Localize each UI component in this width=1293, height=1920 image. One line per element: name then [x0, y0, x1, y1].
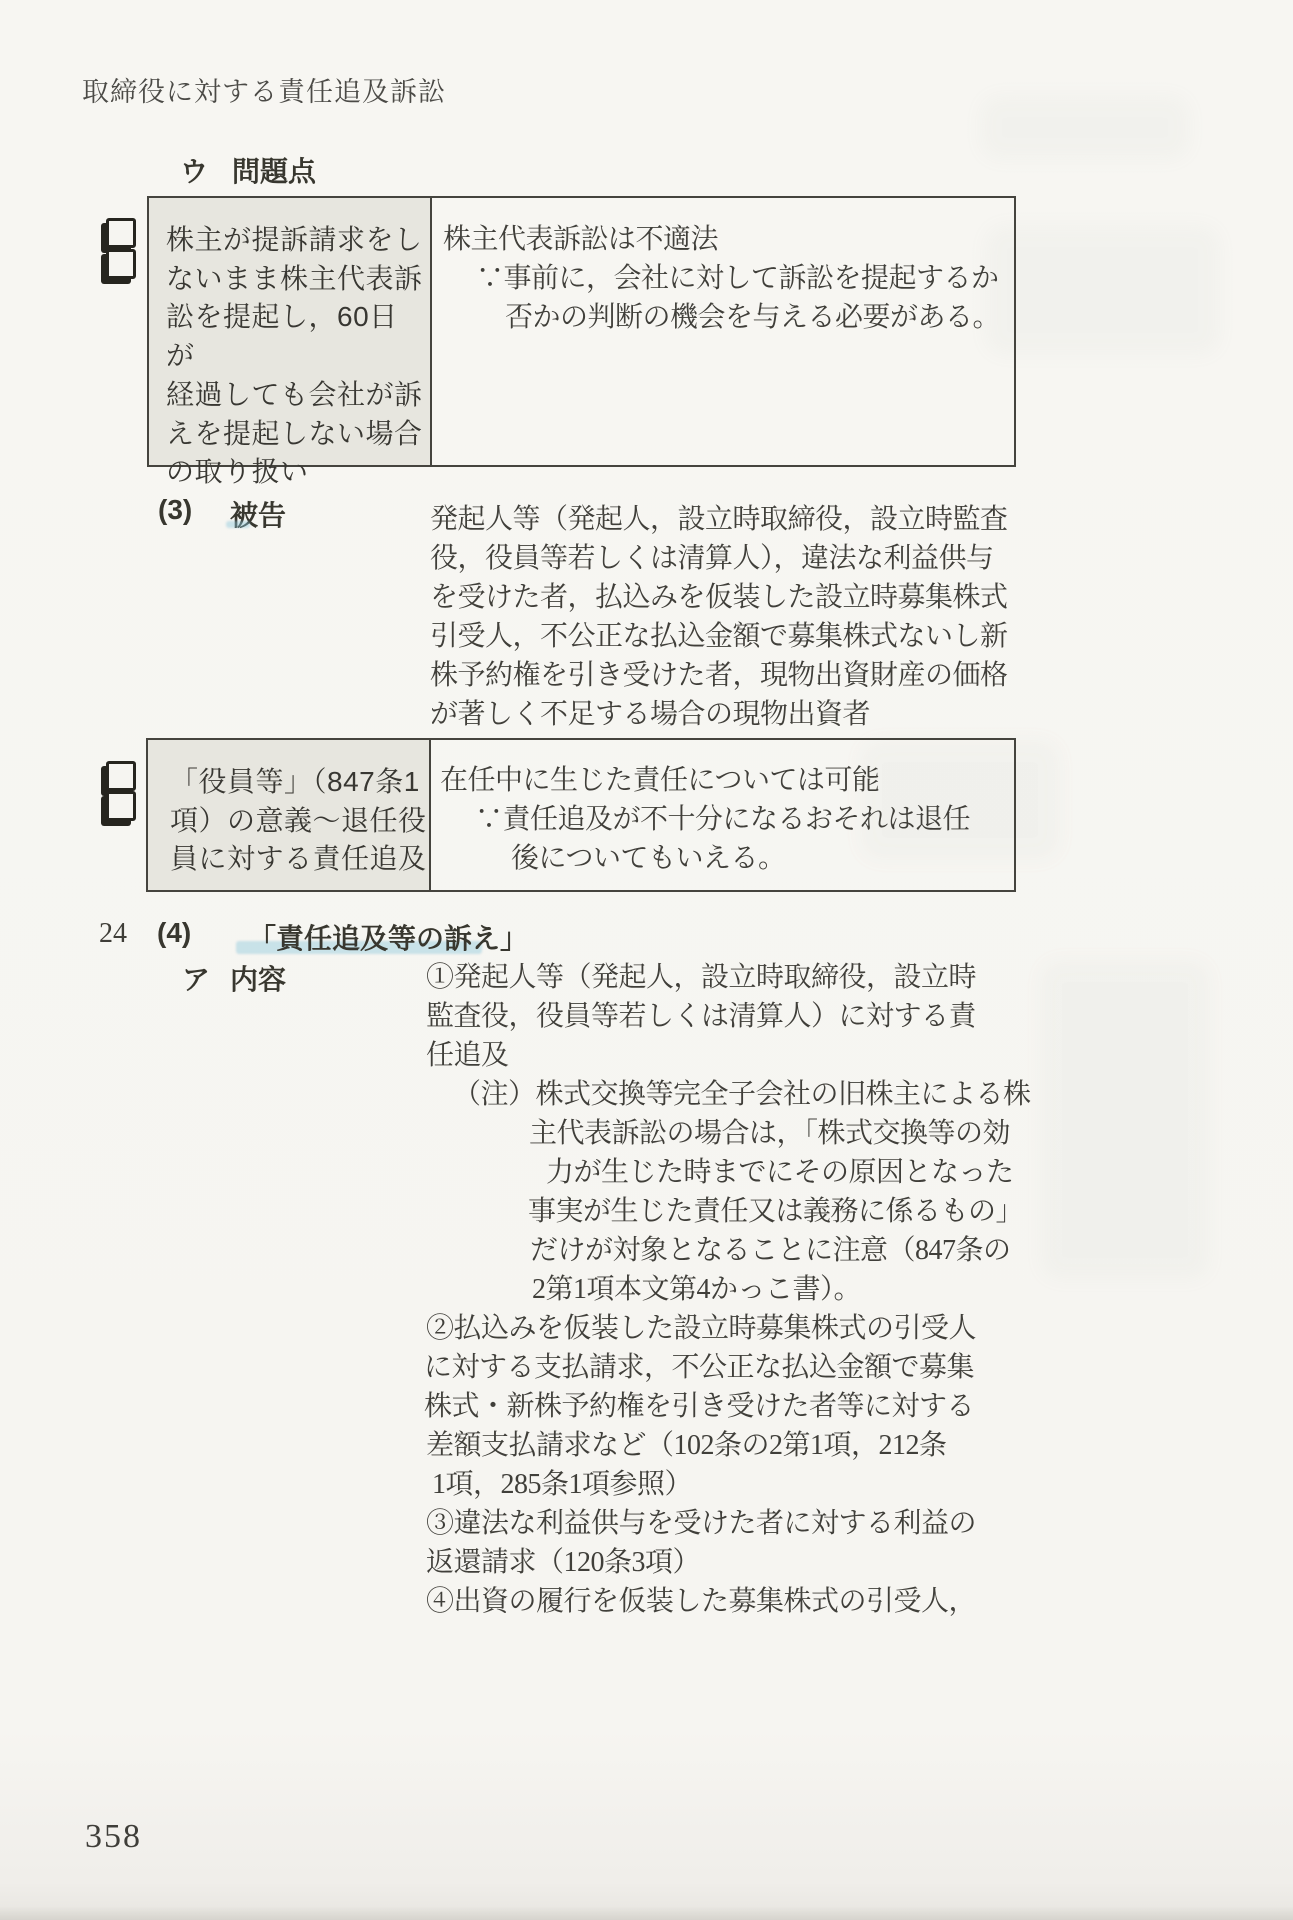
bleed-through-smudge — [980, 95, 1190, 160]
scanned-book-page: 取締役に対する責任追及訴訟 ウ 問題点 株主が提訴請求をし ないまま株主代表訴 … — [0, 0, 1293, 1920]
section3-body-line: 役，役員等若しくは清算人），違法な利益供与 — [430, 539, 994, 578]
checkbox-icon — [106, 761, 136, 791]
body-line: 2第1項本文第4かっこ書）。 — [532, 1270, 861, 1309]
section3-marker: (3) — [158, 494, 192, 526]
body-line: 事実が生じた責任又は義務に係るもの」 — [528, 1192, 1023, 1231]
body-line: だけが対象となることに注意（847条の — [530, 1231, 1011, 1270]
section3-body-line: 引受人，不公正な払込金額で募集株式ないし新 — [430, 617, 1008, 656]
scan-bottom-edge — [0, 1906, 1293, 1920]
table1-answer-line: 株主代表訴訟は不適法 — [443, 220, 718, 259]
table1-answer-line: ∵事前に，会社に対して訴訟を提起するか — [476, 259, 999, 298]
body-line: に対する支払請求，不公正な払込金額で募集 — [424, 1348, 974, 1387]
section3-body-line: が著しく不足する場合の現物出資者 — [430, 695, 870, 734]
body-line: ①発起人等（発起人，設立時取締役，設立時 — [426, 958, 976, 997]
body-line: 主代表訴訟の場合は，「株式交換等の効 — [529, 1114, 1010, 1153]
section3-label: 被告 — [230, 494, 286, 534]
table2-answer-line: 在任中に生じた責任については可能 — [440, 761, 879, 800]
highlighter-mark — [226, 521, 250, 528]
body-line: ③違法な利益供与を受けた者に対する利益の — [426, 1504, 976, 1543]
running-head: 取締役に対する責任追及訴訟 — [82, 70, 446, 109]
table2-topic-text: 「役員等」（847条1 項）の意義～退任役 員に対する責任追及 — [170, 763, 430, 879]
table1-answer-line: 否かの判断の機会を与える必要がある。 — [505, 298, 1000, 337]
table2-topic-cell: 「役員等」（847条1 項）の意義～退任役 員に対する責任追及 — [148, 740, 431, 890]
body-line: 任追及 — [426, 1036, 509, 1075]
body-line: 監査役，役員等若しくは清算人）に対する責 — [426, 997, 976, 1036]
table1-topic-cell: 株主が提訴請求をし ないまま株主代表訴 訟を提起し，60日が 経過しても会社が訴… — [149, 198, 432, 465]
issue-table-1: 株主が提訴請求をし ないまま株主代表訴 訟を提起し，60日が 経過しても会社が訴… — [147, 196, 1016, 467]
body-line: （注）株式交換等完全子会社の旧株主による株 — [453, 1075, 1031, 1114]
bleed-through-smudge — [1040, 960, 1210, 1280]
checkbox-icon — [106, 791, 136, 821]
checkbox-icon — [106, 249, 136, 279]
body-line: 力が生じた時までにその原因となった — [546, 1153, 1014, 1192]
section3-body-line: 発起人等（発起人，設立時取締役，設立時監査 — [430, 500, 1008, 539]
body-line: 株式・新株予約権を引き受けた者等に対する — [424, 1387, 974, 1426]
body-line: ②払込みを仮装した設立時募集株式の引受人 — [426, 1309, 976, 1348]
table2-answer-line: ∵責任追及が不十分になるおそれは退任 — [475, 800, 970, 839]
body-line: 返還請求（120条3項） — [426, 1543, 700, 1582]
body-line: ④出資の履行を仮装した募集株式の引受人， — [426, 1582, 976, 1621]
bleed-through-smudge — [985, 225, 1220, 355]
section3-body-line: を受けた者，払込みを仮装した設立時募集株式 — [430, 578, 1008, 617]
issue-table-2: 「役員等」（847条1 項）の意義～退任役 員に対する責任追及 在任中に生じた責… — [146, 738, 1016, 892]
section3-body-line: 株予約権を引き受けた者，現物出資財産の価格 — [430, 656, 1008, 695]
section4-label: 「責任追及等の訴え」 — [248, 917, 528, 957]
heading-u-marker: ウ — [180, 150, 208, 190]
checkbox-icon — [106, 218, 136, 248]
heading-u-label: 問題点 — [232, 150, 316, 190]
margin-item-number: 24 — [99, 918, 127, 950]
body-line: 差額支払請求など（102条の2第1項，212条 — [426, 1426, 947, 1465]
section4-marker: (4) — [157, 917, 191, 949]
table2-answer-line: 後についてもいえる。 — [511, 839, 785, 878]
page-number: 358 — [85, 1818, 142, 1856]
body-line: 1項，285条1項参照） — [432, 1465, 692, 1504]
table1-topic-text: 株主が提訴請求をし ないまま株主代表訴 訟を提起し，60日が 経過しても会社が訴… — [166, 221, 426, 492]
heading-a-marker: ア — [182, 958, 210, 998]
heading-a-label: 内容 — [230, 958, 286, 998]
